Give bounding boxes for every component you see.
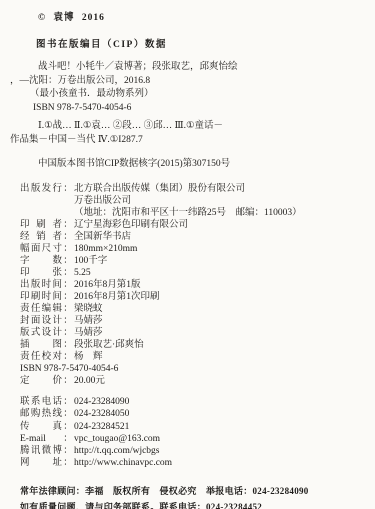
field-separator: ： xyxy=(62,421,74,433)
contact-row-website: 网址：http://www.chinavpc.com xyxy=(20,457,375,469)
publication-row-cover-design: 封面设计：马婧莎 xyxy=(20,315,375,327)
publication-row-word-count: 字数：100千字 xyxy=(20,255,375,267)
contact-row-fax: 传真：024-23284521 xyxy=(20,421,375,433)
publication-row-price: 定价：20.00元 xyxy=(20,375,375,387)
field-separator: ： xyxy=(62,433,74,445)
field-separator: ： xyxy=(62,183,74,195)
field-label: 印刷者 xyxy=(20,219,62,231)
field-value: （地址：沈阳市和平区十一纬路25号 邮编：110003） xyxy=(74,208,302,218)
field-value: 2016年8月第1次印刷 xyxy=(74,292,160,302)
field-value: 梁晓蚊 xyxy=(74,304,103,314)
cip-entry-line: ，—沈阳：万卷出版公司，2016.8 xyxy=(10,75,375,89)
field-separator: ： xyxy=(62,231,74,243)
publication-row-editor: 责任编辑：梁晓蚊 xyxy=(20,303,375,315)
cip-entry-line: 战斗吧！小牦牛／袁博著；段张取艺，邱爽怡绘 xyxy=(10,61,375,75)
field-label: 字数 xyxy=(20,255,62,267)
field-value: 20.00元 xyxy=(74,376,105,386)
field-label: 责任编辑 xyxy=(20,303,62,315)
field-label: 印刷时间 xyxy=(20,291,62,303)
field-separator: ： xyxy=(62,396,74,408)
legal-line-counsel: 常年法律顾问：李福 版权所有 侵权必究 举报电话：024-23284090 xyxy=(20,483,375,499)
publication-row-distributor: 经销者：全国新华书店 xyxy=(20,231,375,243)
publication-row-publisher-cont: 万卷出版公司 xyxy=(20,195,375,207)
field-separator: ： xyxy=(62,219,74,231)
field-label: 经销者 xyxy=(20,231,62,243)
field-separator: ： xyxy=(62,339,74,351)
field-value: 段张取艺·邱爽怡 xyxy=(74,340,144,350)
cip-entry-line: ISBN 978-7-5470-4054-6 xyxy=(10,102,375,116)
legal-line-quality: 如有质量问题，请与印务部联系。联系电话：024-23284452 xyxy=(20,499,375,509)
publication-row-illustrations: 插图：段张取艺·邱爽怡 xyxy=(20,339,375,351)
publication-row-dimensions: 幅面尺寸：180mm×210mm xyxy=(20,243,375,255)
field-label: 邮购热线 xyxy=(20,408,62,420)
field-value: vpc_tougao@163.com xyxy=(74,434,160,444)
contact-row-phone: 联系电话：024-23284090 xyxy=(20,396,375,408)
field-separator: ： xyxy=(62,243,74,255)
copyright-line: © 袁博 2016 xyxy=(38,9,375,23)
field-separator: ： xyxy=(62,327,74,339)
publication-row-print-date: 印刷时间：2016年8月第1次印刷 xyxy=(20,291,375,303)
field-label: 责任校对 xyxy=(20,351,62,363)
publication-row-layout-design: 版式设计：马婧莎 xyxy=(20,327,375,339)
field-separator: ： xyxy=(62,375,74,387)
publication-row-address: （地址：沈阳市和平区十一纬路25号 邮编：110003） xyxy=(20,207,375,219)
cip-record-number: 中国版本图书馆CIP数据核字(2015)第307150号 xyxy=(38,155,375,169)
field-value: http://www.chinavpc.com xyxy=(74,458,172,468)
field-value: 100千字 xyxy=(74,256,107,266)
field-label: 版式设计 xyxy=(20,327,62,339)
contact-row-email: E-mail：vpc_tougao@163.com xyxy=(20,433,375,445)
classification-line: 作品集－中国－当代 Ⅳ.①I287.7 xyxy=(10,134,375,148)
publication-row-proofreader: 责任校对：杨 辉 xyxy=(20,351,375,363)
contact-row-mail-order: 邮购热线：024-23284050 xyxy=(20,408,375,420)
publication-row-pub-date: 出版时间：2016年8月第1版 xyxy=(20,279,375,291)
field-separator: ： xyxy=(62,267,74,279)
legal-notice-block: 常年法律顾问：李福 版权所有 侵权必究 举报电话：024-23284090 如有… xyxy=(20,483,375,509)
field-value: 全国新华书店 xyxy=(74,232,131,242)
publication-info-list: 出版发行：北方联合出版传媒（集团）股份有限公司 万卷出版公司 （地址：沈阳市和平… xyxy=(20,183,375,387)
field-separator: ： xyxy=(62,291,74,303)
contact-info-list: 联系电话：024-23284090 邮购热线：024-23284050 传真：0… xyxy=(20,396,375,470)
field-value: 024-23284090 xyxy=(74,397,129,407)
field-separator: ： xyxy=(62,457,74,469)
field-separator: ： xyxy=(62,255,74,267)
field-separator: ： xyxy=(62,351,74,363)
field-value: 024-23284521 xyxy=(74,422,129,432)
field-value: 180mm×210mm xyxy=(74,244,137,254)
publication-row-printer: 印刷者：辽宁星海彩色印刷有限公司 xyxy=(20,219,375,231)
field-label: 插图 xyxy=(20,339,62,351)
field-label: 定价 xyxy=(20,375,62,387)
classification-line: Ⅰ.①战… Ⅱ.①袁… ②段… ③邱… Ⅲ.①童话－ xyxy=(10,120,375,134)
contact-row-weibo: 腾讯微博：http://t.qq.com/wjcbgs xyxy=(20,445,375,457)
cip-header: 图书在版编目（CIP）数据 xyxy=(36,36,375,50)
field-separator: ： xyxy=(62,315,74,327)
field-label: 腾讯微博 xyxy=(20,445,62,457)
publication-row-sheets: 印张：5.25 xyxy=(20,267,375,279)
field-separator: ： xyxy=(62,279,74,291)
field-label: 网址 xyxy=(20,457,62,469)
field-label: 出版时间 xyxy=(20,279,62,291)
field-label: E-mail xyxy=(20,433,62,445)
field-label: 封面设计 xyxy=(20,315,62,327)
field-value: 马婧莎 xyxy=(74,328,103,338)
field-value: 辽宁星海彩色印刷有限公司 xyxy=(74,220,188,230)
field-label: ISBN 978-7-5470-4054-6 xyxy=(20,363,118,375)
publication-row-isbn: ISBN 978-7-5470-4054-6 xyxy=(20,363,375,375)
field-label: 联系电话 xyxy=(20,396,62,408)
field-value: 5.25 xyxy=(74,268,91,278)
field-label: 印张 xyxy=(20,267,62,279)
field-value: 024-23284050 xyxy=(74,409,129,419)
field-value: 北方联合出版传媒（集团）股份有限公司 xyxy=(74,184,245,194)
cip-entry-line: （最小孩童书．最动物系列） xyxy=(10,88,375,102)
field-value: 2016年8月第1版 xyxy=(74,280,141,290)
cip-entry-block: 战斗吧！小牦牛／袁博著；段张取艺，邱爽怡绘 ，—沈阳：万卷出版公司，2016.8… xyxy=(10,61,375,115)
field-label: 出版发行 xyxy=(20,183,62,195)
field-label: 幅面尺寸 xyxy=(20,243,62,255)
field-value: 万卷出版公司 xyxy=(74,196,131,206)
field-label: 传真 xyxy=(20,421,62,433)
field-separator: ： xyxy=(62,303,74,315)
field-value: 马婧莎 xyxy=(74,316,103,326)
cip-classification-block: Ⅰ.①战… Ⅱ.①袁… ②段… ③邱… Ⅲ.①童话－ 作品集－中国－当代 Ⅳ.①… xyxy=(10,120,375,147)
publication-row-publisher: 出版发行：北方联合出版传媒（集团）股份有限公司 xyxy=(20,183,375,195)
field-value: 杨 辉 xyxy=(74,352,103,362)
field-separator: ： xyxy=(62,408,74,420)
field-value: http://t.qq.com/wjcbgs xyxy=(74,446,160,456)
field-separator: ： xyxy=(62,445,74,457)
